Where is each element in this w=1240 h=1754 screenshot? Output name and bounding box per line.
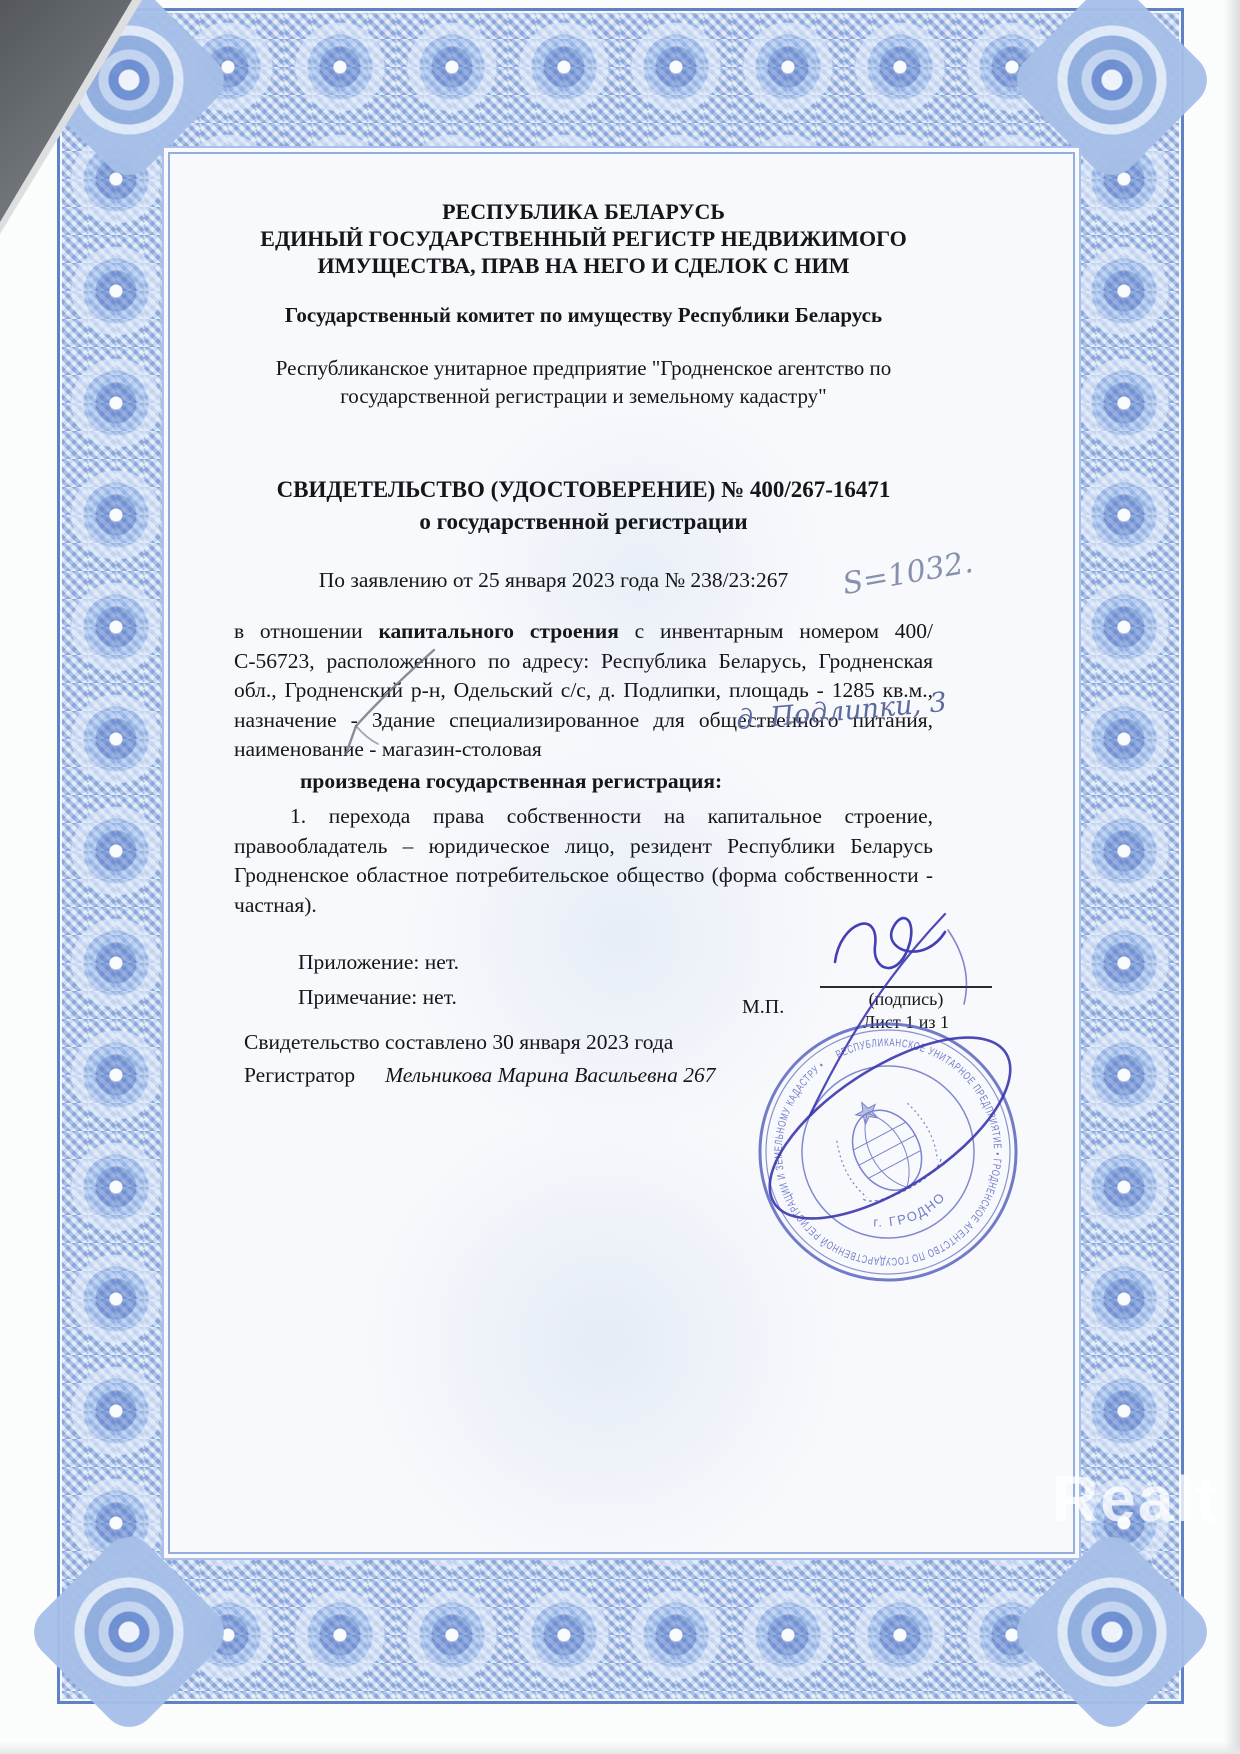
certificate-title-sub: о государственной регистрации (234, 506, 933, 538)
signature (740, 900, 1030, 1240)
certificate-body-area: РЕСПУБЛИКА БЕЛАРУСЬ ЕДИНЫЙ ГОСУДАРСТВЕНН… (168, 152, 1075, 1554)
scan-edge-bottom (0, 1742, 1240, 1754)
agency-line1: Республиканское унитарное предприятие "Г… (234, 354, 933, 382)
registry-header: РЕСПУБЛИКА БЕЛАРУСЬ ЕДИНЫЙ ГОСУДАРСТВЕНН… (234, 198, 933, 279)
registry-header-line1: РЕСПУБЛИКА БЕЛАРУСЬ (234, 198, 933, 225)
scanned-certificate-page: РЕСПУБЛИКА БЕЛАРУСЬ ЕДИНЫЙ ГОСУДАРСТВЕНН… (0, 0, 1240, 1754)
site-watermark: Realt (1052, 1462, 1219, 1536)
committee-line: Государственный комитет по имуществу Рес… (234, 303, 933, 328)
object-bold: капитального строения (378, 619, 618, 643)
registrar-label: Регистратор (244, 1063, 355, 1087)
scan-edge-right (1224, 0, 1240, 1754)
agency-line2: государственной регистрации и земельному… (234, 382, 933, 410)
agency-lines: Республиканское унитарное предприятие "Г… (234, 354, 933, 410)
application-line: По заявлению от 25 января 2023 года № 23… (234, 568, 933, 593)
registry-header-line3: ИМУЩЕСТВА, ПРАВ НА НЕГО И СДЕЛОК С НИМ (234, 252, 933, 279)
registration-heading: произведена государственная регистрация: (234, 767, 933, 797)
object-prefix: в отношении (234, 619, 378, 643)
certificate-title-main: СВИДЕТЕЛЬСТВО (УДОСТОВЕРЕНИЕ) № 400/267-… (234, 474, 933, 506)
border-corner-rosette (1006, 1526, 1218, 1738)
border-corner-rosette (23, 1526, 235, 1738)
registry-header-line2: ЕДИНЫЙ ГОСУДАРСТВЕННЫЙ РЕГИСТР НЕДВИЖИМО… (234, 225, 933, 252)
pen-checkmark (330, 644, 450, 759)
registrar-name: Мельникова Марина Васильевна 267 (385, 1063, 715, 1087)
certificate-title: СВИДЕТЕЛЬСТВО (УДОСТОВЕРЕНИЕ) № 400/267-… (234, 474, 933, 538)
